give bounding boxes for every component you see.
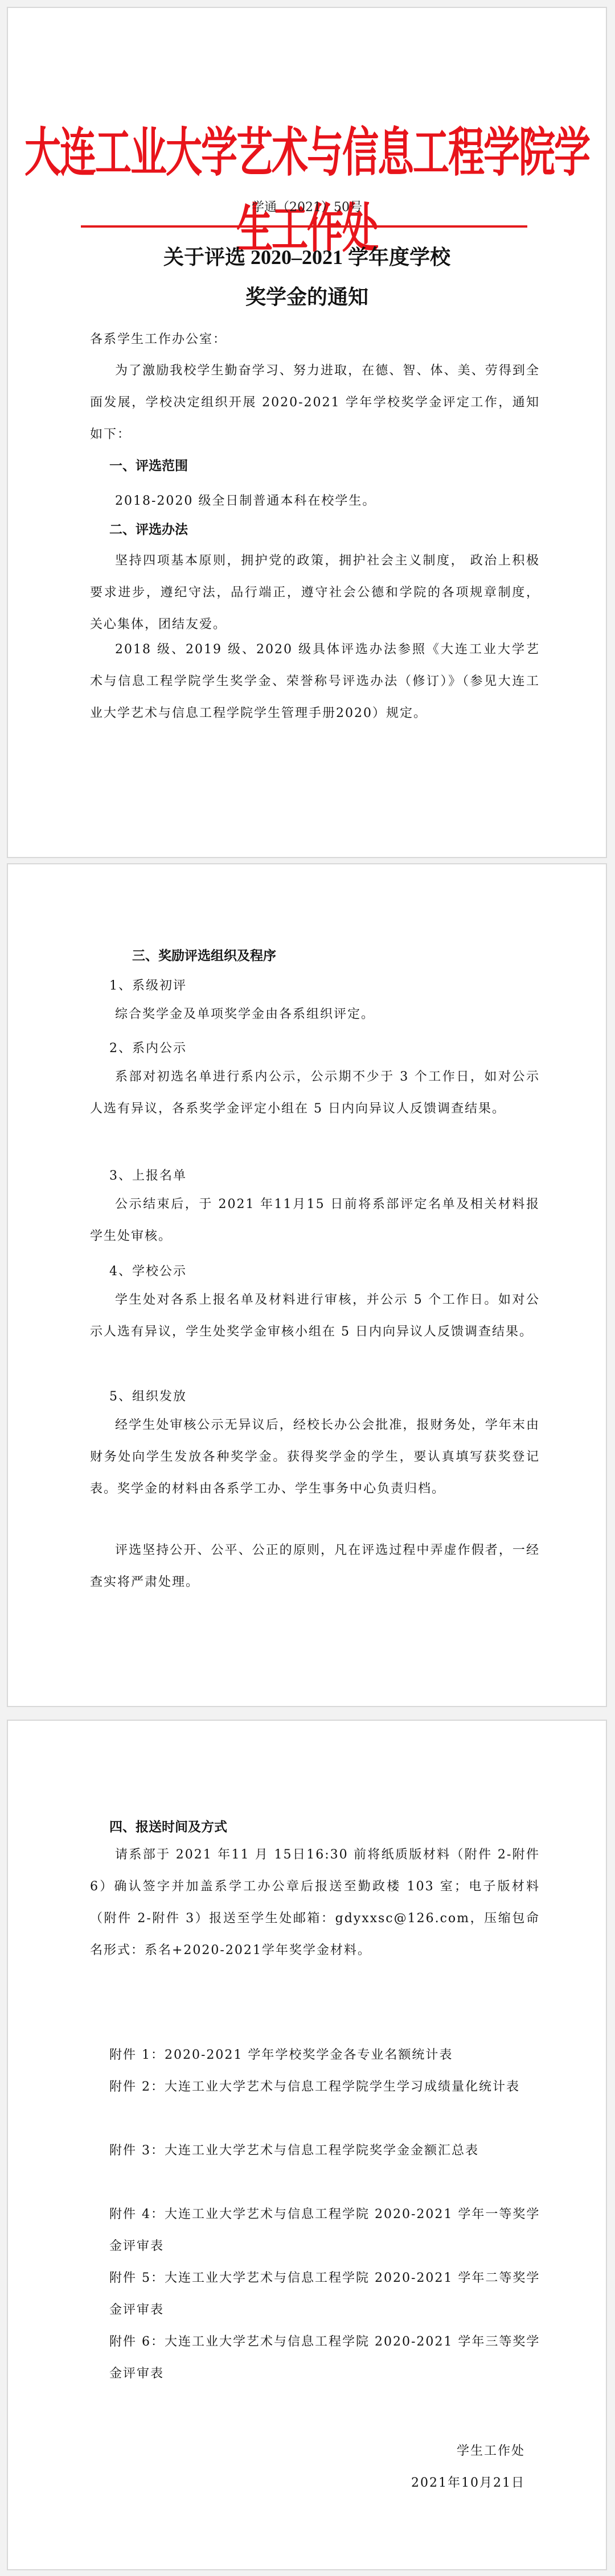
issue-date: 2021年10月21日 bbox=[411, 2473, 525, 2491]
section-1-heading: 一、评选范围 bbox=[109, 455, 188, 474]
org-header-title: 大连工业大学艺术与信息工程学院学生工作处 bbox=[8, 110, 606, 262]
section-3-heading: 三、奖励评选组织及程序 bbox=[132, 945, 276, 964]
notice-title-line-1: 关于评选 2020–2021 学年度学校 bbox=[8, 241, 606, 270]
step-4-body: 学生处对各系上报名单及材料进行审核，并公示 5 个工作日。如对公示人选有异议，学… bbox=[90, 1284, 540, 1348]
step-4-label: 4、学校公示 bbox=[109, 1262, 187, 1279]
section-2-body-1: 坚持四项基本原则，拥护党的政策，拥护社会主义制度， 政治上积极要求进步，遵纪守法… bbox=[90, 545, 540, 641]
section-2-body-2: 2018 级、2019 级、2020 级具体评选办法参照《大连工业大学艺术与信息… bbox=[90, 634, 540, 729]
step-1-label: 1、系级初评 bbox=[109, 976, 187, 994]
attachment-4: 附件 4：大连工业大学艺术与信息工程学院 2020-2021 学年一等奖学金评审… bbox=[109, 2199, 542, 2262]
notice-title-line-2: 奖学金的通知 bbox=[8, 281, 606, 310]
document-page-3: 四、报送时间及方式 请系部于 2021 年11 月 15日16:30 前将纸质版… bbox=[7, 1720, 607, 2570]
section-4-body: 请系部于 2021 年11 月 15日16:30 前将纸质版材料（附件 2-附件… bbox=[90, 1839, 540, 1967]
issuer-signature: 学生工作处 bbox=[457, 2441, 525, 2459]
attachment-5: 附件 5：大连工业大学艺术与信息工程学院 2020-2021 学年二等奖学金评审… bbox=[109, 2262, 542, 2326]
document-page-1: 大连工业大学艺术与信息工程学院学生工作处 学通（2021）50号 关于评选 20… bbox=[7, 7, 607, 858]
step-3-label: 3、上报名单 bbox=[109, 1166, 187, 1184]
document-number: 学通（2021）50号 bbox=[8, 197, 606, 215]
intro-paragraph: 为了激励我校学生勤奋学习、努力进取，在德、智、体、美、劳得到全面发展，学校决定组… bbox=[90, 355, 540, 451]
step-1-body: 综合奖学金及单项奖学金由各系组织评定。 bbox=[90, 999, 540, 1031]
step-2-body: 系部对初选名单进行系内公示，公示期不少于 3 个工作日，如对公示人选有异议，各系… bbox=[90, 1061, 540, 1125]
attachment-1: 附件 1：2020-2021 学年学校奖学金各专业名额统计表 bbox=[109, 2039, 542, 2071]
step-2-label: 2、系内公示 bbox=[109, 1038, 187, 1056]
step-3-body: 公示结束后，于 2021 年11月15 日前将系部评定名单及相关材料报学生处审核… bbox=[90, 1189, 540, 1252]
section-3-closing: 评选坚持公开、公平、公正的原则，凡在评选过程中弄虚作假者，一经查实将严肃处理。 bbox=[90, 1535, 540, 1598]
step-5-label: 5、组织发放 bbox=[109, 1387, 187, 1404]
attachment-6: 附件 6：大连工业大学艺术与信息工程学院 2020-2021 学年三等奖学金评审… bbox=[109, 2326, 542, 2390]
attachment-2: 附件 2：大连工业大学艺术与信息工程学院学生学习成绩量化统计表 bbox=[109, 2071, 542, 2103]
salutation: 各系学生工作办公室： bbox=[90, 324, 540, 356]
red-divider bbox=[81, 225, 527, 228]
section-1-body: 2018-2020 级全日制普通本科在校学生。 bbox=[90, 485, 540, 517]
section-4-heading: 四、报送时间及方式 bbox=[109, 1816, 227, 1835]
attachment-3: 附件 3：大连工业大学艺术与信息工程学院奖学金金额汇总表 bbox=[109, 2135, 542, 2167]
section-2-heading: 二、评选办法 bbox=[109, 519, 188, 538]
step-5-body: 经学生处审核公示无异议后，经校长办公会批准，报财务处，学年末由财务处向学生发放各… bbox=[90, 1409, 540, 1505]
document-page-2: 三、奖励评选组织及程序 1、系级初评 综合奖学金及单项奖学金由各系组织评定。 2… bbox=[7, 863, 607, 1707]
